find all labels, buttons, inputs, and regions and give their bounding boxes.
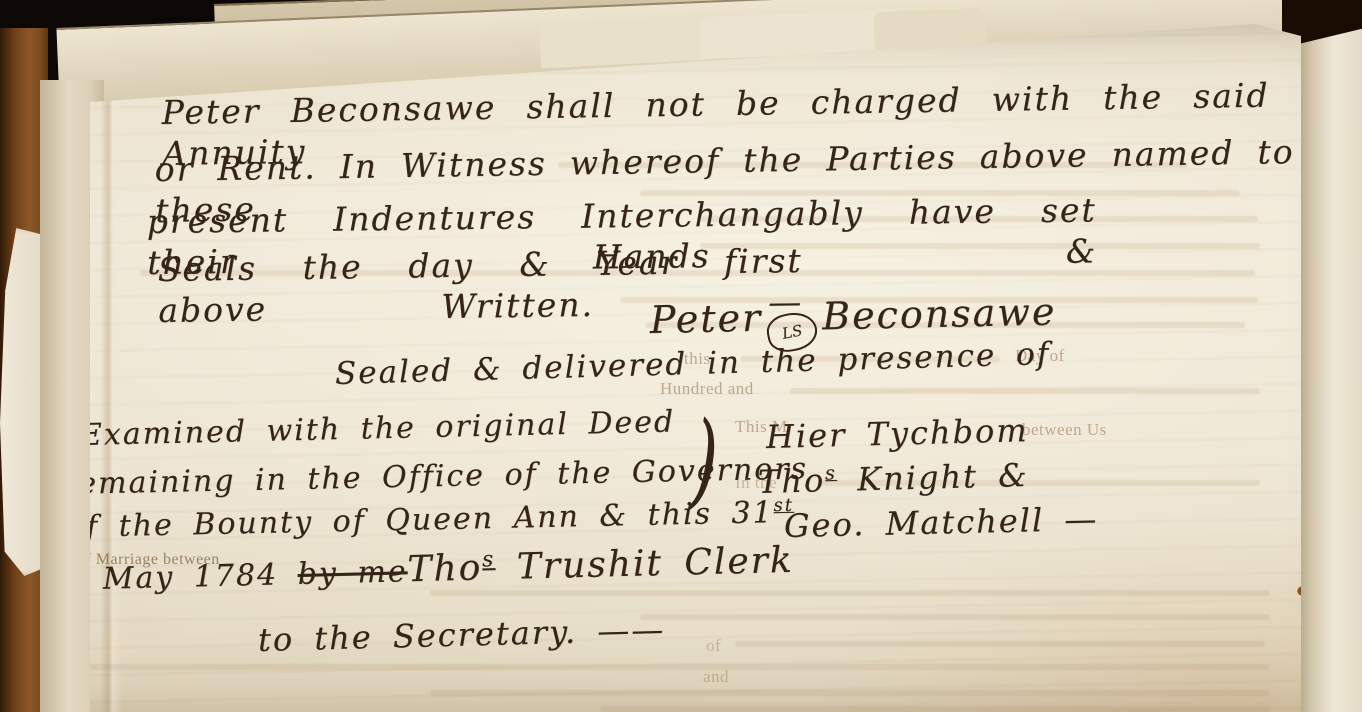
showthrough-rule xyxy=(735,641,1265,647)
witness-signature-1: Hier Tychbom xyxy=(765,410,1029,457)
brace-mark: ) xyxy=(688,398,720,523)
struck-text: by me xyxy=(297,554,408,592)
showthrough-text: between Us xyxy=(1022,420,1107,440)
showthrough-rule xyxy=(80,664,1270,670)
manuscript-photo: this Day of Hundred and This M between U… xyxy=(0,0,1362,712)
manuscript-page: this Day of Hundred and This M between U… xyxy=(0,0,1362,712)
showthrough-rule xyxy=(430,690,1270,696)
clerk-signature: Thos Trushit Clerk xyxy=(407,540,794,590)
showthrough-text: and xyxy=(703,667,729,687)
showthrough-rule xyxy=(640,614,1270,620)
signature-first-name: Peter xyxy=(649,296,762,342)
showthrough-text: of xyxy=(706,636,721,656)
facing-page-edge xyxy=(1294,22,1362,712)
signature-last-name: Beconsawe xyxy=(822,289,1057,338)
showthrough-rule xyxy=(600,706,1270,712)
witness-signature-2: Thos Knight & xyxy=(757,455,1029,502)
witness-signature-3: Geo. Matchell — xyxy=(784,499,1099,546)
page-corner-peek xyxy=(539,16,711,69)
showthrough-rule xyxy=(430,590,1270,596)
page-fold-crease xyxy=(100,96,122,712)
showthrough-rule xyxy=(790,388,1260,394)
